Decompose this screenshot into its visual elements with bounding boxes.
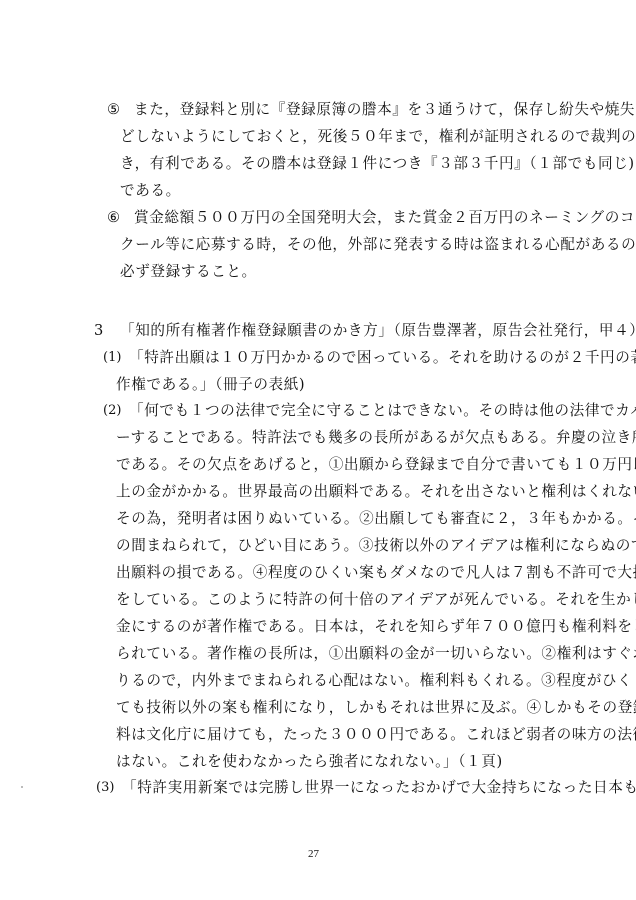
subitem-1-line-1: 「特許出願は１０万円かかるので困っている。それを助けるのが２千円の著 [129,348,636,368]
subitem-1-line-2: 作権である。」（冊子の表紙) [116,375,305,395]
subitem-2-line-11: りるので，内外までまねられる心配はない。権利料もくれる。③程度がひくく [116,671,636,691]
subitem-3-line-1: 「特許実用新案では完勝し世界一になったおかげで大金持ちになった日本も， [122,778,636,798]
subitem-2-line-14: はない。これを使わなかったら強者になれない。」（１頁) [116,752,503,772]
item-marker-5: ⑤ [107,100,120,120]
subitem-2-line-1: 「何でも１つの法律で完全に守ることはできない。その時は他の法律でカバ [129,401,636,421]
item-marker-6: ⑥ [107,208,120,228]
subitem-2-line-12: ても技術以外の案も権利になり，しかもそれは世界に及ぶ。④しかもその登録 [116,698,636,718]
item-5-line-1: また，登録料と別に『登録原簿の謄本』を３通うけて，保存し紛失や焼失な [134,100,636,120]
subitem-marker-2: (2) [103,401,121,421]
subitem-2-line-9: 金にするのが著作権である。日本は，それを知らず年７００億円も権利料をと [116,617,636,637]
scan-speck [21,786,23,788]
section-marker-3: 3 [94,321,103,341]
item-6-line-1: 賞金総額５００万円の全国発明大会，また賞金２百万円のネーミングのコン [134,208,636,228]
section-heading: 「知的所有権著作権登録願書のかき方」（原告豊澤著，原告会社発行，甲４） [120,321,636,341]
subitem-2-line-10: られている。著作権の長所は，①出願料の金が一切いらない。②権利はすぐお [116,644,636,664]
subitem-2-line-8: をしている。このように特許の何十倍のアイデアが死んでいる。それを生かし [116,590,636,610]
subitem-2-line-4: 上の金がかかる。世界最高の出願料である。それを出さないと権利はくれない。 [116,482,636,502]
subitem-2-line-5: その為，発明者は困りぬいている。②出願しても審査に２，３年もかかる。そ [116,509,636,529]
subitem-2-line-7: 出願料の損である。④程度のひくい案もダメなので凡人は７割も不許可で大損 [116,563,636,583]
subitem-2-line-13: 料は文化庁に届けても，たった３０００円である。これほど弱者の味方の法律 [116,725,636,745]
page-number: 27 [308,848,319,860]
subitem-2-line-3: である。その欠点をあげると，①出願から登録まで自分で書いても１０万円以 [116,455,636,475]
item-6-line-3: 必ず登録すること。 [120,262,257,282]
item-5-line-3: き，有利である。その謄本は登録１件につき『３部３千円』（１部でも同じ) [120,154,635,174]
subitem-marker-1: (1) [103,348,121,368]
subitem-marker-3: (3) [96,778,114,798]
item-6-line-2: クール等に応募する時，その他，外部に発表する時は盗まれる心配があるので [120,235,636,255]
subitem-2-line-6: の間まねられて，ひどい目にあう。③技術以外のアイデアは権利にならぬので [116,536,636,556]
item-5-line-2: どしないようにしておくと，死後５０年まで，権利が証明されるので裁判のと [120,127,636,147]
subitem-2-line-2: ーすることである。特許法でも幾多の長所があるが欠点もある。弁慶の泣き所 [116,428,636,448]
item-5-line-4: である。 [120,181,181,201]
document-page: ⑤ また，登録料と別に『登録原簿の謄本』を３通うけて，保存し紛失や焼失な どしな… [0,0,636,900]
